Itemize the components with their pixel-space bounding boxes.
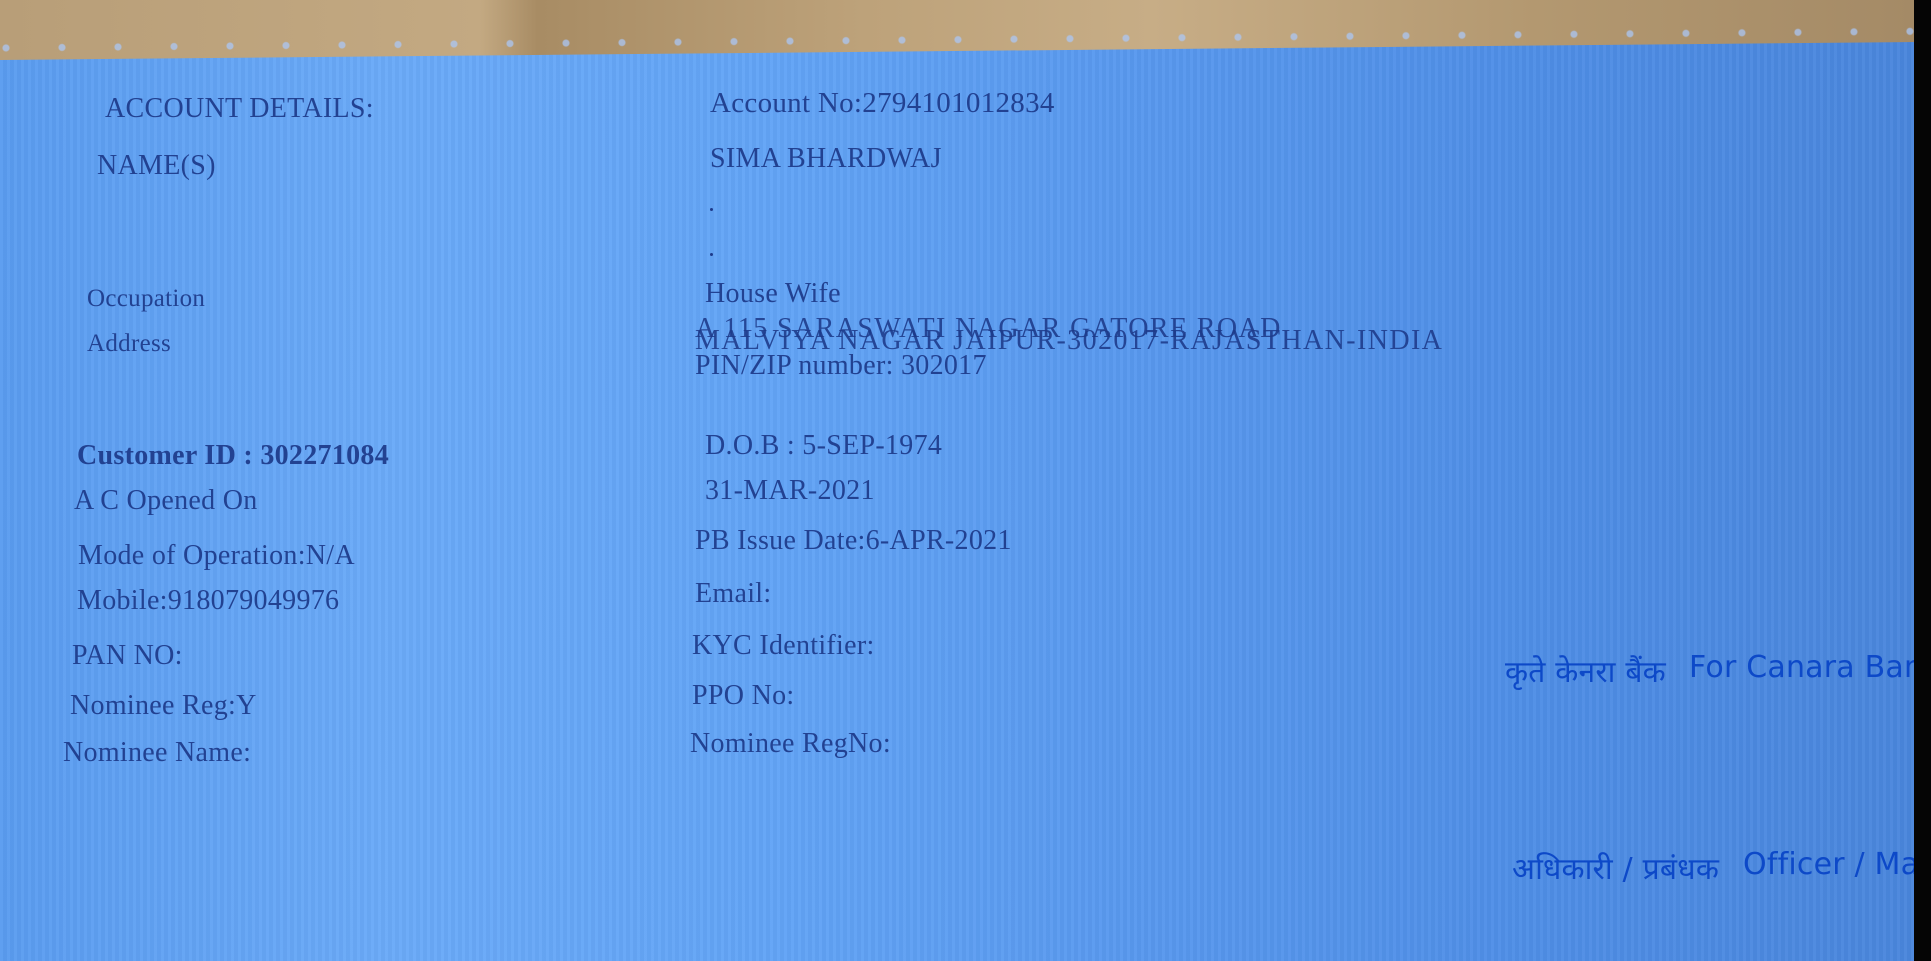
stamp-officer-hindi: अधिकारी / प्रबंधक — [1512, 847, 1719, 888]
occupation-value: House Wife — [705, 278, 841, 310]
address-label: Address — [87, 330, 171, 358]
pb-issue-date: PB Issue Date:6-APR-2021 — [695, 525, 1012, 557]
nominee-reg: Nominee Reg:Y — [70, 690, 257, 722]
account-number: Account No:2794101012834 — [710, 87, 1055, 120]
stamp-officer-english: Officer / Ma — [1743, 847, 1919, 882]
pin-zip: PIN/ZIP number: 302017 — [695, 350, 987, 382]
nominee-name: Nominee Name: — [63, 737, 251, 769]
kyc-identifier: KYC Identifier: — [692, 630, 875, 662]
pan-number: PAN NO: — [72, 640, 183, 672]
account-holder-name: SIMA BHARDWAJ — [710, 143, 942, 175]
section-heading: ACCOUNT DETAILS: — [105, 93, 374, 125]
ppo-number: PPO No: — [692, 680, 794, 712]
passbook-page — [0, 42, 1914, 961]
nominee-regno: Nominee RegNo: — [690, 728, 891, 760]
customer-id: Customer ID : 302271084 — [77, 440, 389, 472]
ac-opened-date: 31-MAR-2021 — [705, 475, 875, 507]
occupation-label: Occupation — [87, 285, 205, 313]
names-label: NAME(S) — [97, 150, 216, 182]
blank-line-marker — [710, 208, 713, 211]
date-of-birth: D.O.B : 5-SEP-1974 — [705, 430, 942, 462]
stamp-for-bank-hindi: कृते केनरा बैंक — [1505, 650, 1666, 691]
mobile-number: Mobile:918079049976 — [77, 585, 339, 617]
mode-of-operation: Mode of Operation:N/A — [78, 540, 355, 572]
stamp-for-bank-english: For Canara Bank — [1689, 650, 1931, 685]
email: Email: — [695, 578, 771, 610]
blank-line-marker — [710, 253, 713, 256]
image-border — [1914, 0, 1931, 961]
ac-opened-label: A C Opened On — [74, 485, 258, 517]
